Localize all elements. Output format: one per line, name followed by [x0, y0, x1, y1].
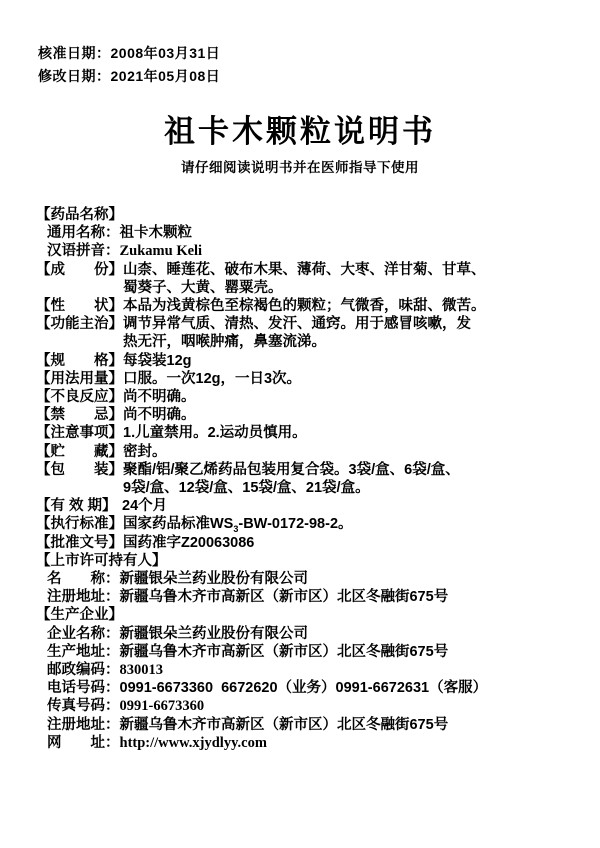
field-value: 密封。 [123, 443, 584, 461]
row-indications: 【功能主治】 调节异常气质、清热、发汗、通窍。用于感冒咳嗽，发热无汗，咽喉肿痛，… [36, 315, 584, 351]
field-value: 国药准字Z20063086 [123, 534, 584, 552]
field-value: 国家药品标准WS3-BW-0172-98-2。 [123, 515, 584, 533]
section-heading: 【上市许可持有人】 [36, 552, 167, 570]
row-approval-number: 【批准文号】 国药准字Z20063086 [36, 534, 584, 552]
field-value: 24个月 [122, 497, 584, 515]
field-value: 新疆乌鲁木齐市高新区（新市区）北区冬融街675号 [120, 588, 585, 606]
row-company-name: 企业名称： 新疆银朵兰药业股份有限公司 [36, 625, 584, 643]
field-label: 生产地址： [47, 643, 120, 661]
page-title: 祖卡木颗粒说明书 [0, 112, 600, 152]
field-label: 【用法用量】 [36, 370, 123, 388]
row-registered-address: 注册地址： 新疆乌鲁木齐市高新区（新市区）北区冬融街675号 [36, 716, 584, 734]
field-value: 830013 [120, 661, 585, 679]
field-value: 新疆乌鲁木齐市高新区（新市区）北区冬融街675号 [120, 643, 585, 661]
field-label: 【注意事项】 [36, 424, 123, 442]
field-label: 注册地址： [47, 588, 120, 606]
row-packaging: 【包 装】 聚酯/铝/聚乙烯药品包装用复合袋。3袋/盒、6袋/盒、9袋/盒、12… [36, 461, 584, 497]
field-label: 【贮 藏】 [36, 443, 123, 461]
row-mah-heading: 【上市许可持有人】 [36, 552, 584, 570]
row-contraindications: 【禁 忌】 尚不明确。 [36, 406, 584, 424]
row-executive-standard: 【执行标准】 国家药品标准WS3-BW-0172-98-2。 [36, 515, 584, 533]
row-description: 【性 状】 本品为浅黄棕色至棕褐色的颗粒；气微香，味甜、微苦。 [36, 297, 584, 315]
field-label: 企业名称： [47, 625, 120, 643]
field-label: 【规 格】 [36, 352, 123, 370]
read-carefully-notice: 请仔细阅读说明书并在医师指导下使用 [0, 159, 600, 177]
field-value: 调节异常气质、清热、发汗、通窍。用于感冒咳嗽，发热无汗，咽喉肿痛，鼻塞流涕。 [123, 315, 584, 351]
field-label: 【有 效 期】 [36, 497, 122, 515]
field-label: 【批准文号】 [36, 534, 123, 552]
website-url: http://www.xjydlyy.com [120, 734, 585, 752]
row-generic-name: 通用名称： 祖卡木颗粒 [36, 224, 584, 242]
field-value: 1.儿童禁用。2.运动员慎用。 [123, 424, 584, 442]
row-adverse-reactions: 【不良反应】 尚不明确。 [36, 388, 584, 406]
field-value: 山柰、睡莲花、破布木果、薄荷、大枣、洋甘菊、甘草、蜀葵子、大黄、罂粟壳。 [123, 261, 584, 297]
field-value: 本品为浅黄棕色至棕褐色的颗粒；气微香，味甜、微苦。 [123, 297, 584, 315]
row-mah-registered-address: 注册地址： 新疆乌鲁木齐市高新区（新市区）北区冬融街675号 [36, 588, 584, 606]
field-value: 新疆乌鲁木齐市高新区（新市区）北区冬融街675号 [120, 716, 585, 734]
field-value: 0991-6673360 [120, 697, 585, 715]
row-mah-name: 名 称： 新疆银朵兰药业股份有限公司 [36, 570, 584, 588]
field-value: 新疆银朵兰药业股份有限公司 [120, 570, 585, 588]
field-label: 【禁 忌】 [36, 406, 123, 424]
row-website: 网 址： http://www.xjydlyy.com [36, 734, 584, 752]
leaflet-body: 【药品名称】 通用名称： 祖卡木颗粒 汉语拼音： Zukamu Keli 【成 … [36, 206, 584, 752]
field-label: 【成 份】 [36, 261, 123, 279]
field-value: 新疆银朵兰药业股份有限公司 [120, 625, 585, 643]
field-value: 聚酯/铝/聚乙烯药品包装用复合袋。3袋/盒、6袋/盒、9袋/盒、12袋/盒、15… [123, 461, 584, 497]
section-heading: 【药品名称】 [36, 206, 123, 224]
row-manufacturer-heading: 【生产企业】 [36, 606, 584, 624]
approval-date-line: 核准日期：2008年03月31日 [38, 42, 600, 65]
field-value: 口服。一次12g，一日3次。 [123, 370, 584, 388]
drug-leaflet-page: 核准日期：2008年03月31日 修改日期：2021年05月08日 祖卡木颗粒说… [0, 0, 600, 848]
row-phone-number: 电话号码： 0991-6673360 6672620（业务）0991-66726… [36, 679, 584, 697]
field-value: 0991-6673360 6672620（业务）0991-6672631（客服） [120, 679, 585, 697]
row-specification: 【规 格】 每袋装12g [36, 352, 584, 370]
row-storage: 【贮 藏】 密封。 [36, 443, 584, 461]
field-label: 通用名称： [47, 224, 120, 242]
row-precautions: 【注意事项】 1.儿童禁用。2.运动员慎用。 [36, 424, 584, 442]
document-header: 核准日期：2008年03月31日 修改日期：2021年05月08日 [0, 0, 600, 88]
field-label: 注册地址： [47, 716, 120, 734]
row-postal-code: 邮政编码： 830013 [36, 661, 584, 679]
row-drug-name-heading: 【药品名称】 [36, 206, 584, 224]
field-value: 尚不明确。 [123, 406, 584, 424]
field-label: 电话号码： [47, 679, 120, 697]
field-label: 【包 装】 [36, 461, 123, 479]
field-value: 祖卡木颗粒 [120, 224, 585, 242]
field-label: 【性 状】 [36, 297, 123, 315]
field-value: 尚不明确。 [123, 388, 584, 406]
field-label: 汉语拼音： [47, 242, 120, 260]
field-value: 每袋装12g [123, 352, 584, 370]
field-label: 【执行标准】 [36, 515, 123, 533]
field-label: 网 址： [47, 734, 120, 752]
field-label: 名 称： [47, 570, 120, 588]
row-fax-number: 传真号码： 0991-6673360 [36, 697, 584, 715]
section-heading: 【生产企业】 [36, 606, 123, 624]
field-label: 【功能主治】 [36, 315, 123, 333]
row-validity-period: 【有 效 期】 24个月 [36, 497, 584, 515]
field-label: 邮政编码： [47, 661, 120, 679]
revision-date-line: 修改日期：2021年05月08日 [38, 65, 600, 88]
row-production-address: 生产地址： 新疆乌鲁木齐市高新区（新市区）北区冬融街675号 [36, 643, 584, 661]
row-ingredients: 【成 份】 山柰、睡莲花、破布木果、薄荷、大枣、洋甘菊、甘草、蜀葵子、大黄、罂粟… [36, 261, 584, 297]
row-dosage: 【用法用量】 口服。一次12g，一日3次。 [36, 370, 584, 388]
field-label: 传真号码： [47, 697, 120, 715]
field-value: Zukamu Keli [120, 242, 585, 260]
row-pinyin: 汉语拼音： Zukamu Keli [36, 242, 584, 260]
field-label: 【不良反应】 [36, 388, 123, 406]
